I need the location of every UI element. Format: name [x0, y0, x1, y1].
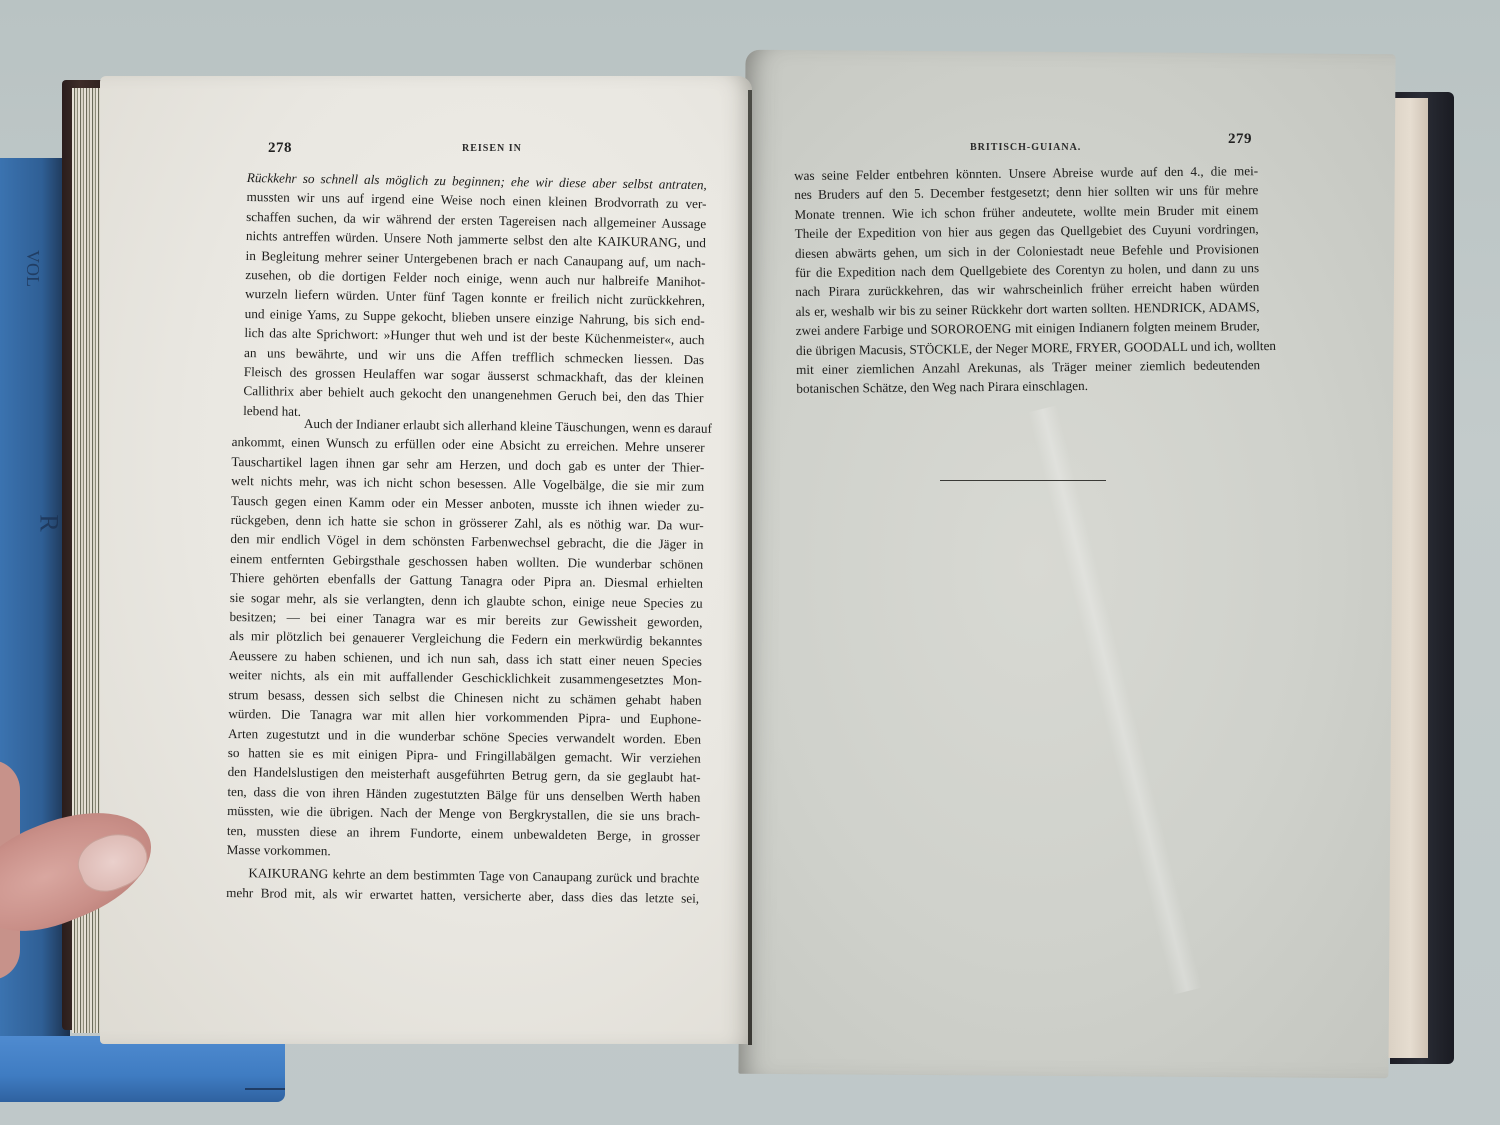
right-page-number: 279 — [1228, 131, 1252, 148]
blue-book-spine-text: VOL — [22, 250, 43, 287]
blue-book-spine-letter: R — [34, 514, 64, 531]
left-page-number: 278 — [268, 140, 292, 157]
section-end-rule — [940, 480, 1106, 481]
right-running-head: BRITISCH-GUIANA. — [970, 142, 1081, 153]
left-page-paragraph-2: Auch der Indianer erlaubt sich allerhand… — [226, 413, 705, 908]
book-gutter — [748, 90, 752, 1045]
left-running-head: REISEN IN — [462, 143, 522, 154]
blue-book-bottom — [0, 1036, 285, 1102]
blue-book-edge-line — [245, 1088, 285, 1090]
right-page-paragraph-1: was seine Felder entbehren könnten. Unse… — [794, 161, 1260, 399]
left-page-paragraph-1: Rückkehr so schnell als möglich zu begin… — [243, 168, 707, 427]
